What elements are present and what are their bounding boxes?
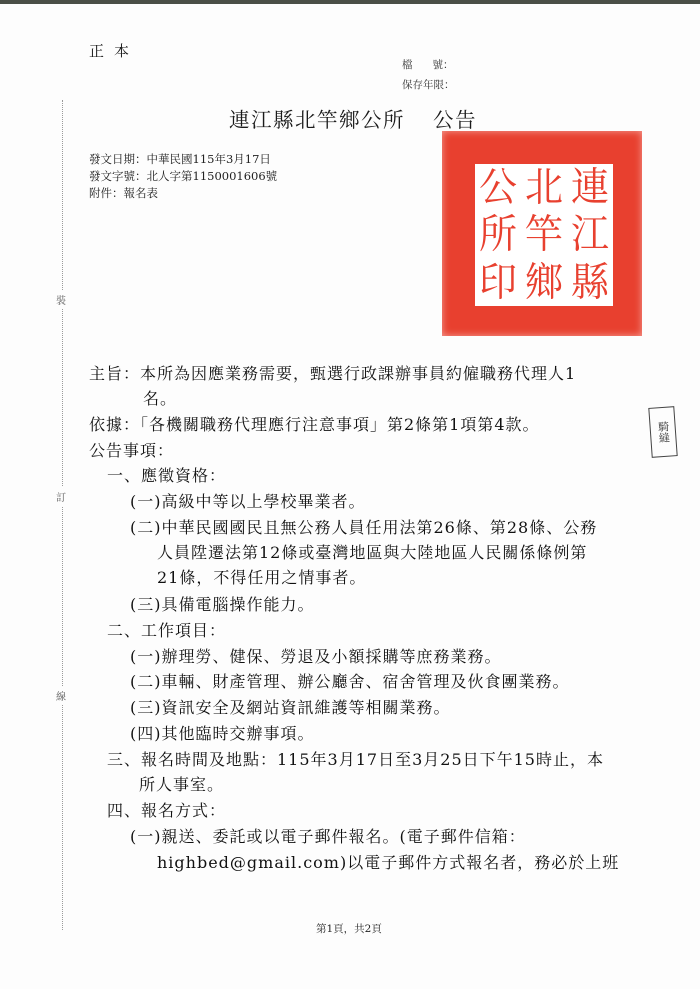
section-2-title: 二、工作項目： xyxy=(107,618,226,641)
section-2-item: (二)車輛、財產管理、辦公廳舍、宿舍管理及伙食團業務。 xyxy=(130,669,570,692)
document-type: 公告 xyxy=(433,108,477,132)
seal-char: 江 xyxy=(567,210,613,260)
binding-mark-ding: 訂 xyxy=(56,487,66,506)
seal-char: 公 xyxy=(475,163,521,213)
section-3-line-2: 所人事室。 xyxy=(139,772,224,795)
document-number: 發文字號：北人字第1150001606號 xyxy=(89,168,277,184)
file-number-field: 檔號： xyxy=(402,57,454,72)
seal-char: 北 xyxy=(521,163,567,213)
seal-char: 縣 xyxy=(567,257,613,307)
section-1-item: (二)中華民國國民且無公務人員任用法第26條、第28條、公務 xyxy=(130,515,597,538)
binding-mark-zhuang: 裝 xyxy=(56,290,66,309)
document-title: 連江縣北竿鄉公所公告 xyxy=(229,103,477,133)
section-1-item: (三)具備電腦操作能力。 xyxy=(130,592,315,615)
perforation-seal: 騎縫 xyxy=(648,406,677,458)
issue-date: 發文日期：中華民國115年3月17日 xyxy=(89,151,271,167)
scan-top-edge xyxy=(0,0,700,4)
binding-mark-xian: 線 xyxy=(56,686,66,705)
seal-inner-field: 連 北 公 江 竿 所 縣 鄉 印 xyxy=(475,164,613,306)
seal-char: 所 xyxy=(475,210,521,260)
section-4-item: (一)親送、委託或以電子郵件報名。(電子郵件信箱： xyxy=(130,824,526,847)
section-1-item-cont: 21條，不得任用之情事者。 xyxy=(157,565,366,588)
section-1-item: (一)高級中等以上學校畢業者。 xyxy=(130,489,366,512)
section-1-item-cont: 人員陞遷法第12條或臺灣地區與大陸地區人民關係條例第 xyxy=(157,540,587,563)
section-2-item: (三)資訊安全及網站資訊維護等相關業務。 xyxy=(130,695,451,718)
section-3-line-1: 三、報名時間及地點：115年3月17日至3月25日下午15時止，本 xyxy=(107,747,604,770)
retention-period-field: 保存年限： xyxy=(402,77,455,92)
section-4-item-cont: highbed@gmail.com)以電子郵件方式報名者，務必於上班 xyxy=(157,850,619,873)
file-number-label-suffix: 號： xyxy=(433,59,454,71)
seal-char: 連 xyxy=(567,163,613,213)
file-number-label: 檔 xyxy=(402,59,413,71)
seal-char: 竿 xyxy=(521,210,567,260)
attachment-info: 附件：報名表 xyxy=(89,185,158,201)
binding-dotted-line xyxy=(62,100,63,930)
section-2-item: (四)其他臨時交辦事項。 xyxy=(130,721,315,744)
subject-line-2: 名。 xyxy=(143,386,177,409)
issuing-organization: 連江縣北竿鄉公所 xyxy=(229,108,405,132)
section-4-title: 四、報名方式： xyxy=(107,798,226,821)
original-copy-mark: 正本 xyxy=(89,40,139,61)
official-seal-stamp: 連 北 公 江 竿 所 縣 鄉 印 xyxy=(442,131,642,336)
basis-line: 依據：「各機關職務代理應行注意事項」第2條第1項第4款。 xyxy=(89,412,540,435)
seal-char: 印 xyxy=(475,257,521,307)
seal-char: 鄉 xyxy=(521,257,567,307)
page-indicator: 第1頁，共2頁 xyxy=(316,921,382,936)
section-2-item: (一)辦理勞、健保、勞退及小額採購等庶務業務。 xyxy=(130,644,502,667)
notice-heading: 公告事項： xyxy=(89,438,174,461)
subject-line-1: 主旨：本所為因應業務需要，甄選行政課辦事員約僱職務代理人1 xyxy=(89,361,576,384)
section-1-title: 一、應徵資格： xyxy=(107,463,226,486)
